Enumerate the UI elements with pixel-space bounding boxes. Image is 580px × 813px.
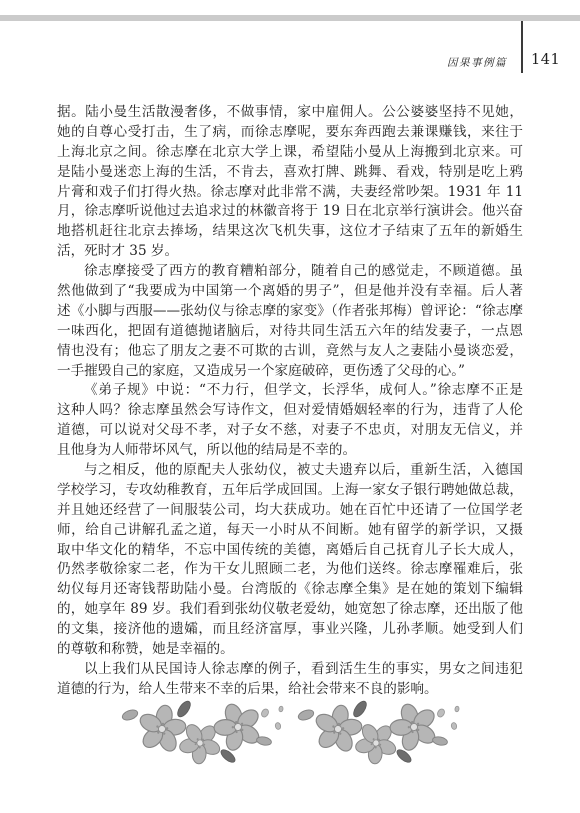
text-line: 的，她享年 89 岁。我们看到张幼仪敬老爱幼，她宽恕了徐志摩，还出版了他 (57, 600, 523, 620)
text-line: 以上我们从民国诗人徐志摩的例子，看到活生生的事实，男女之间违犯 (57, 660, 523, 680)
text-line: 仍然孝敬徐家二老，作为干女儿照顾二老，为他们送终。徐志摩罹难后，张 (57, 560, 523, 580)
text-line: 一手摧毁自己的家庭，又造成另一个家庭破碎，更伤透了父母的心。” (57, 362, 523, 382)
paragraph: 与之相反，他的原配夫人张幼仪，被丈夫遗弃以后，重新生活，入德国学校学习，专攻幼稚… (57, 461, 523, 660)
text-line: 这种人吗？徐志摩虽然会写诗作文，但对爱情婚姻轻率的行为，违背了人伦 (57, 401, 523, 421)
text-line: 幼仪每月还寄钱帮助陆小曼。台湾版的《徐志摩全集》是在她的策划下编辑 (57, 580, 523, 600)
text-line: 取中华文化的精华，不忘中国传统的美德，离婚后自己抚育儿子长大成人， (57, 541, 523, 561)
text-line: 是陆小曼迷恋上海的生活，不肯去，喜欢打牌、跳舞、看戏，特别是吃上鸦 (57, 163, 523, 183)
text-line: 且他身为人师带坏风气，所以他的结局是不幸的。 (57, 441, 523, 461)
text-line: 述《小脚与西服——张幼仪与徐志摩的家变》（作者张邦梅）曾评论：“徐志摩 (57, 302, 523, 322)
book-page: 因果事例篇 141 据。陆小曼生活散漫奢侈，不做事情，家中雇佣人。公公婆婆坚持不… (0, 0, 580, 813)
header-divider (521, 21, 523, 73)
text-line: 上海北京之间。徐志摩在北京大学上课，希望陆小曼从上海搬到北京来。可 (57, 143, 523, 163)
page-edge-band (0, 15, 580, 21)
body-text: 据。陆小曼生活散漫奢侈，不做事情，家中雇佣人。公公婆婆坚持不见她，她的自尊心受打… (57, 103, 523, 700)
text-line: 道德，可以说对父母不孝，对子女不慈，对妻子不忠贞，对朋友无信义，并 (57, 421, 523, 441)
paragraph: 据。陆小曼生活散漫奢侈，不做事情，家中雇佣人。公公婆婆坚持不见她，她的自尊心受打… (57, 103, 523, 262)
section-label: 因果事例篇 (447, 55, 507, 70)
text-line: 的尊敬和称赞，她是幸福的。 (57, 640, 523, 660)
text-line: 据。陆小曼生活散漫奢侈，不做事情，家中雇佣人。公公婆婆坚持不见她， (57, 103, 523, 123)
page-number: 141 (531, 52, 560, 68)
text-line: 她的自尊心受打击，生了病，而徐志摩呢，要东奔西跑去兼课赚钱，来往于 (57, 123, 523, 143)
text-line: 活，死时才 35 岁。 (57, 242, 523, 262)
paragraph: 《弟子规》中说：“不力行，但学文，长浮华，成何人。”徐志摩不正是这种人吗？徐志摩… (57, 381, 523, 461)
text-line: 徐志摩接受了西方的教育糟粕部分，随着自己的感觉走，不顾道德。虽 (57, 262, 523, 282)
text-line: 然他做到了“我要成为中国第一个离婚的男子”，但是他并没有幸福。后人著 (57, 282, 523, 302)
text-line: 情也没有；他忘了朋友之妻不可欺的古训，竟然与友人之妻陆小曼谈恋爱， (57, 342, 523, 362)
text-line: 与之相反，他的原配夫人张幼仪，被丈夫遗弃以后，重新生活，入德国 (57, 461, 523, 481)
text-line: 学校学习，专攻幼稚教育，五年后学成回国。上海一家女子银行聘她做总裁， (57, 481, 523, 501)
text-line: 的文集，接济他的遗孀，而且经济富厚，事业兴隆，儿孙孝顺。她受到人们 (57, 620, 523, 640)
blossom-cluster-icon (294, 699, 462, 767)
text-line: 师，给自己讲解孔孟之道，每天一小时从不间断。她有留学的新学识，又摄 (57, 521, 523, 541)
text-line: 《弟子规》中说：“不力行，但学文，长浮华，成何人。”徐志摩不正是 (57, 381, 523, 401)
text-line: 道德的行为，给人生带来不幸的后果，给社会带来不良的影响。 (57, 680, 523, 700)
text-line: 月，徐志摩听说他过去追求过的林徽音将于 19 日在北京举行演讲会。他兴奋 (57, 202, 523, 222)
text-line: 地搭机赶往北京去捧场，结果这次飞机失事，这位才子结束了五年的新婚生 (57, 222, 523, 242)
paragraph: 徐志摩接受了西方的教育糟粕部分，随着自己的感觉走，不顾道德。虽然他做到了“我要成… (57, 262, 523, 381)
text-line: 一味西化，把固有道德抛诸脑后，对待共同生活五六年的结发妻子，一点恩 (57, 322, 523, 342)
text-line: 并且她还经营了一间服装公司，均大获成功。她在百忙中还请了一位国学老 (57, 501, 523, 521)
paragraph: 以上我们从民国诗人徐志摩的例子，看到活生生的事实，男女之间违犯道德的行为，给人生… (57, 660, 523, 700)
blossom-divider (0, 699, 580, 767)
text-line: 片膏和戏子们打得火热。徐志摩对此非常不满，夫妻经常吵架。1931 年 11 (57, 183, 523, 203)
blossom-cluster-icon (118, 699, 286, 767)
